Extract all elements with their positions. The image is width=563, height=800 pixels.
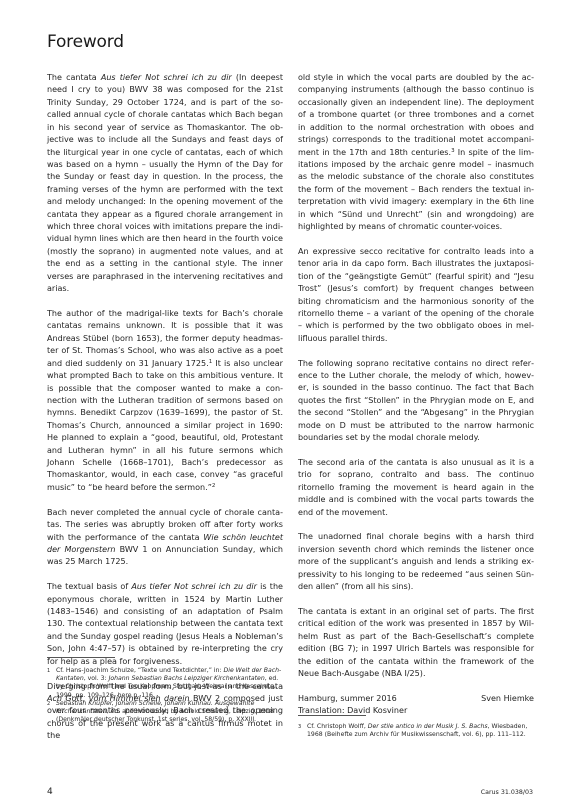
footnote-number: 1: [47, 667, 56, 700]
footnote-text: Cf. Christoph Wolff, Der stile antico in…: [307, 723, 534, 739]
text-run: The unadorned final chorale begins with …: [298, 532, 534, 591]
footnote-number: 3: [298, 723, 307, 739]
italic-title: Aus tiefer Not schrei ich zu dir: [101, 73, 232, 82]
signature-line: Hamburg, summer 2016 Sven Hiemke: [298, 693, 534, 705]
footnote-text: Sebastian Knüpfer, Johann Schelle, Johan…: [56, 700, 283, 725]
text-run: In spite of the lim­itations imposed by …: [298, 148, 534, 232]
paragraph: The second aria of the cantata is also u…: [298, 457, 534, 519]
right-column: old style in which the vocal parts are d…: [298, 72, 534, 718]
footnote: 2 Sebastian Knüpfer, Johann Schelle, Joh…: [47, 700, 283, 725]
italic-title: Der stile antico in der Musik J. S. Bach…: [368, 723, 488, 730]
left-footnotes: 1 Cf. Hans-Joachim Schulze, “Texte und T…: [47, 667, 283, 724]
catalog-number: Carus 31.038/03: [481, 789, 533, 796]
italic-title: Johann Sebastian Bachs Leipziger Kirchen…: [109, 675, 265, 682]
footnote-text: Cf. Hans-Joachim Schulze, “Texte und Tex…: [56, 667, 283, 700]
footnote-divider: [298, 715, 366, 716]
text-run: old style in which the vocal parts are d…: [298, 73, 534, 157]
paragraph: The cantata is extant in an original set…: [298, 606, 534, 681]
paragraph: The cantata Aus tiefer Not schrei ich zu…: [47, 72, 283, 296]
text-run: , vol. 3:: [84, 675, 109, 682]
text-run: The second aria of the cantata is also u…: [298, 458, 534, 517]
text-run: The following soprano recitative contain…: [298, 359, 534, 443]
text-run: The cantata is extant in an original set…: [298, 607, 534, 678]
footnote: 1 Cf. Hans-Joachim Schulze, “Texte und T…: [47, 667, 283, 700]
page-title: Foreword: [47, 32, 124, 52]
place-date: Hamburg, summer 2016: [298, 693, 397, 705]
text-run: It is also unclear what prompted Bach to…: [47, 359, 283, 492]
paragraph: The following soprano recitative contain…: [298, 358, 534, 445]
text-run: (In deepest need I cry to you) BWV 38 wa…: [47, 73, 283, 293]
paragraph: The textual basis of Aus tiefer Not schr…: [47, 581, 283, 668]
paragraph: Bach never completed the annual cycle of…: [47, 507, 283, 569]
footnote: 3 Cf. Christoph Wolff, Der stile antico …: [298, 723, 534, 739]
text-run: is the eponymous chorale, written in 152…: [47, 582, 283, 666]
paragraph: The author of the madrigal-like texts fo…: [47, 308, 283, 494]
text-run: Cf. Hans-Joachim Schulze, “Texte und Tex…: [56, 667, 224, 674]
text-run: The cantata: [47, 73, 101, 82]
page-number: 4: [47, 787, 53, 797]
footnote-ref: 2: [212, 483, 216, 489]
italic-title: Aus tiefer Not schrei ich zu dir: [131, 582, 257, 591]
paragraph: old style in which the vocal parts are d…: [298, 72, 534, 233]
left-column: The cantata Aus tiefer Not schrei ich zu…: [47, 72, 283, 755]
footnote-divider: [47, 657, 115, 658]
paragraph: An expressive secco recitative for contr…: [298, 246, 534, 345]
text-run: The textual basis of: [47, 582, 131, 591]
text-run: Cf. Christoph Wolff,: [307, 723, 368, 730]
right-footnotes: 3 Cf. Christoph Wolff, Der stile antico …: [298, 723, 534, 739]
author-name: Sven Hiemke: [481, 693, 534, 705]
paragraph: The unadorned final chorale begins with …: [298, 531, 534, 593]
text-run: An expressive secco recitative for contr…: [298, 247, 534, 343]
footnote-number: 2: [47, 700, 56, 725]
